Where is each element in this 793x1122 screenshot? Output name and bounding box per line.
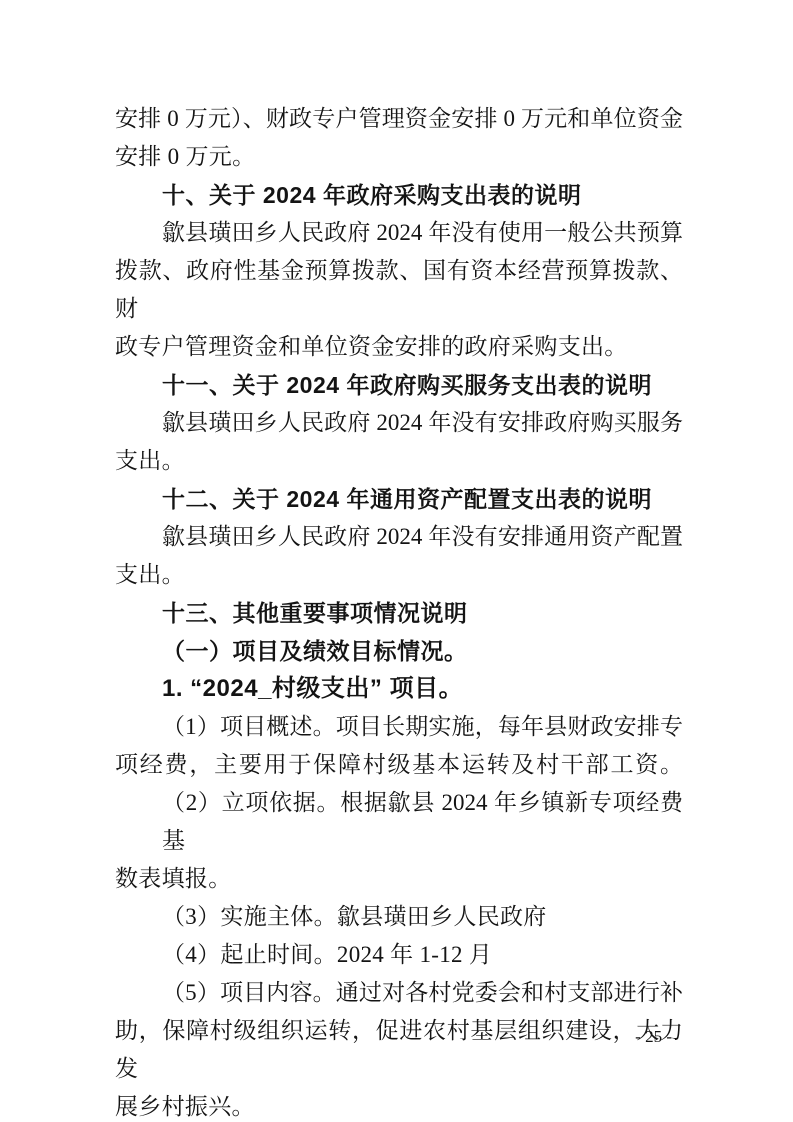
- paragraph-line: 拨款、政府性基金预算拨款、国有资本经营预算拨款、财: [115, 252, 683, 328]
- paragraph-line: 安排 0 万元。: [115, 138, 683, 176]
- paragraph-line: 歙县璜田乡人民政府 2024 年没有安排通用资产配置: [115, 518, 683, 556]
- paragraph-line: 政专户管理资金和单位资金安排的政府采购支出。: [115, 328, 683, 366]
- paragraph-line: 安排 0 万元）、财政专户管理资金安排 0 万元和单位资金: [115, 100, 683, 138]
- paragraph-line: （5）项目内容。通过对各村党委会和村支部进行补: [115, 974, 683, 1012]
- paragraph-line: 支出。: [115, 556, 683, 594]
- section-heading-12: 十二、关于 2024 年通用资产配置支出表的说明: [115, 480, 683, 518]
- section-heading-11: 十一、关于 2024 年政府购买服务支出表的说明: [115, 366, 683, 404]
- paragraph-line: 项经费，主要用于保障村级基本运转及村干部工资。: [115, 746, 683, 784]
- paragraph-line: （3）实施主体。歙县璜田乡人民政府: [115, 898, 683, 936]
- paragraph-line: 歙县璜田乡人民政府 2024 年没有安排政府购买服务: [115, 404, 683, 442]
- paragraph-line: （1）项目概述。项目长期实施，每年县财政安排专: [115, 708, 683, 746]
- paragraph-line: 支出。: [115, 442, 683, 480]
- page-number: - 25 -: [635, 1026, 672, 1048]
- section-heading-10: 十、关于 2024 年政府采购支出表的说明: [115, 176, 683, 214]
- project-title-line: 1. “2024_村级支出” 项目。: [115, 670, 683, 708]
- paragraph-line: 数表填报。: [115, 860, 683, 898]
- paragraph-line: （4）起止时间。2024 年 1-12 月: [115, 936, 683, 974]
- document-content: 安排 0 万元）、财政专户管理资金安排 0 万元和单位资金 安排 0 万元。 十…: [115, 100, 683, 1122]
- paragraph-line: 助，保障村级组织运转，促进农村基层组织建设，大力发: [115, 1012, 683, 1088]
- section-heading-13: 十三、其他重要事项情况说明: [115, 594, 683, 632]
- paragraph-line: 展乡村振兴。: [115, 1088, 683, 1122]
- paragraph-line: （2）立项依据。根据歙县 2024 年乡镇新专项经费基: [115, 784, 683, 860]
- paragraph-line: 歙县璜田乡人民政府 2024 年没有使用一般公共预算: [115, 214, 683, 252]
- subsection-heading: （一）项目及绩效目标情况。: [115, 632, 683, 670]
- document-page: 安排 0 万元）、财政专户管理资金安排 0 万元和单位资金 安排 0 万元。 十…: [0, 0, 793, 1122]
